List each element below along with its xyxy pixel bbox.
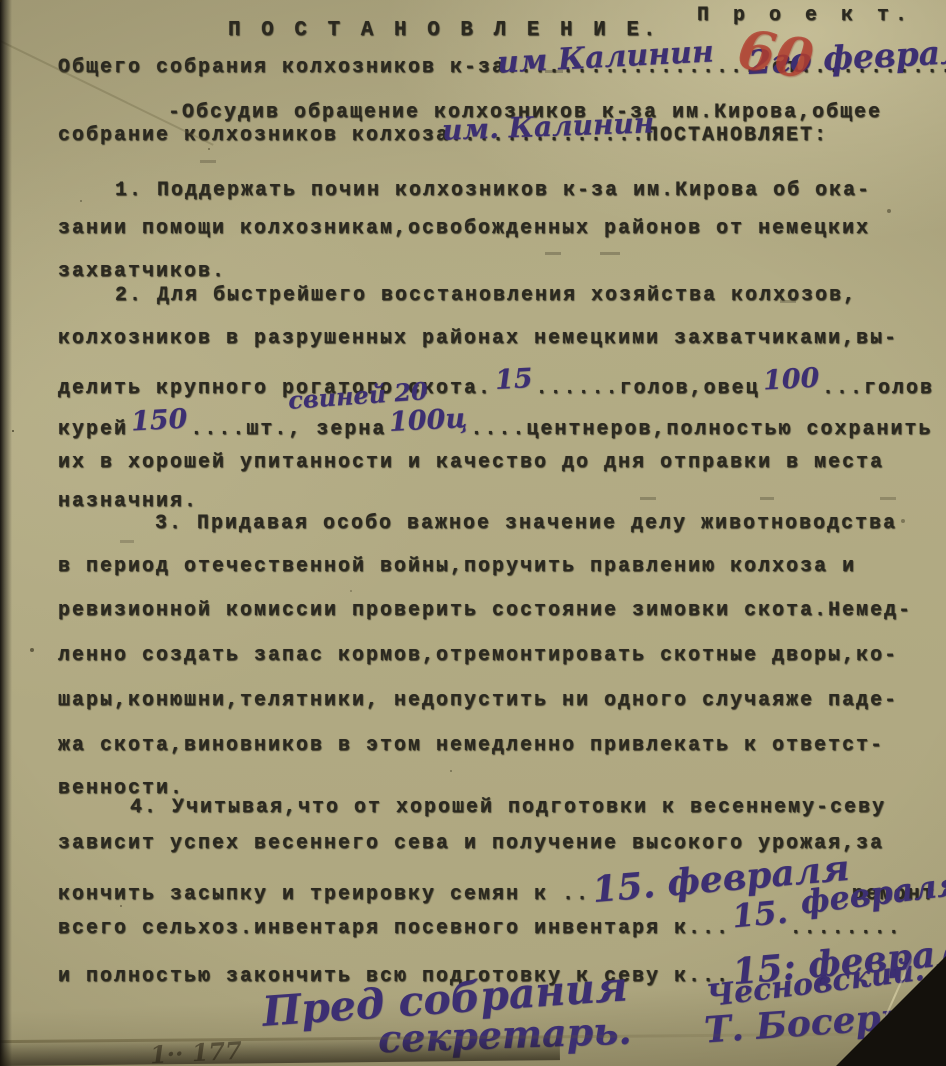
type-smudge bbox=[545, 252, 561, 255]
type-smudge bbox=[780, 300, 796, 303]
paper-specks bbox=[0, 0, 2, 2]
body-line: их в хорошей упитанности и качество до д… bbox=[58, 453, 884, 473]
document-page: П р о е к т. П О С Т А Н О В Л Е Н И Е. … bbox=[0, 0, 946, 1066]
body-line: назначния. bbox=[58, 492, 198, 512]
body-line: 2. Для быстрейшего восстановления хозяйс… bbox=[115, 286, 857, 306]
body-line: в период отечественной войны,поручить пр… bbox=[58, 557, 856, 577]
handwritten-cattle-count: 15 bbox=[494, 365, 533, 394]
type-smudge bbox=[545, 70, 563, 73]
body-line: 4. Учитывая,что от хорошей подготовки к … bbox=[130, 798, 886, 818]
document-title: П О С Т А Н О В Л Е Н И Е. bbox=[228, 20, 660, 41]
proekt-label: П р о е к т. bbox=[697, 6, 913, 26]
handwritten-sheep-count: 100 bbox=[762, 365, 820, 395]
body-line: захватчиков. bbox=[58, 262, 226, 282]
handwritten-hen-count: 150 bbox=[130, 406, 188, 436]
body-line: 1. Поддержать почин колхозников к-за им.… bbox=[115, 181, 871, 201]
handwritten-grain-amount: 100ц bbox=[389, 405, 468, 436]
handwritten-deadline-2: 15. bbox=[731, 896, 789, 933]
body-line-inventory-deadline: всего сельхоз.инвентаря посевного инвент… bbox=[58, 906, 902, 939]
type-smudge bbox=[880, 497, 896, 500]
body-line: ревизионной комиссии проверить состояние… bbox=[58, 601, 912, 621]
body-line: колхозников в разрушенных районах немецк… bbox=[58, 329, 898, 349]
body-line-livestock: делить крупного рогатого скота.15......г… bbox=[58, 371, 934, 399]
type-smudge bbox=[600, 252, 620, 255]
body-line: 3. Придавая особо важное значение делу ж… bbox=[155, 514, 897, 534]
red-page-number: 60 bbox=[733, 17, 817, 92]
type-smudge bbox=[200, 160, 216, 163]
type-smudge bbox=[760, 497, 774, 500]
body-line: зависит успех весеннего сева и получение… bbox=[58, 834, 884, 854]
body-line-poultry: курей150....шт., зерна100ц....центнеров,… bbox=[58, 412, 933, 440]
scan-edge-left bbox=[0, 0, 12, 1066]
type-smudge bbox=[640, 497, 656, 500]
type-smudge bbox=[120, 540, 134, 543]
body-line: ленно создать запас кормов,отремонтирова… bbox=[58, 646, 898, 666]
body-line: жа скота,виновников в этом немедленно пр… bbox=[58, 736, 884, 756]
body-line: шары,конюшни,телятники, недопустить ни о… bbox=[58, 691, 898, 711]
scan-edge-bottom bbox=[0, 1030, 560, 1066]
body-line: зании помощи колхозникам,освобожденных р… bbox=[58, 219, 870, 239]
